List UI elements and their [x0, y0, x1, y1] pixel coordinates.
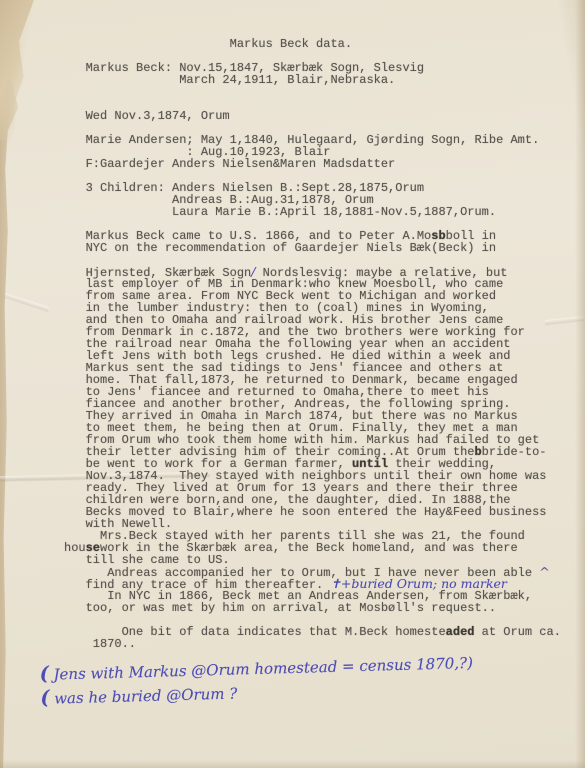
page-edge-bottom [0, 760, 585, 768]
page-corner-fold [0, 0, 34, 140]
typed-line: NYC on the recommendation of Gaardejer N… [64, 242, 584, 254]
typed-text-segment: at Orum ca. [474, 625, 560, 639]
typed-line: Wed Nov.3,1874, Orum [64, 110, 584, 122]
typed-line: 1870.. [64, 638, 584, 650]
typed-text-segment: Markus Beck data. [64, 37, 352, 51]
overstruck-text-segment: aded [446, 625, 475, 639]
typed-text-segment: March 24,1911, Blair,Nebraska. [64, 73, 395, 87]
typed-line: F:Gaardejer Anders Nielsen&Maren Madsdat… [64, 158, 584, 170]
typed-document: Markus Beck data. Markus Beck: Nov.15,18… [64, 38, 584, 650]
typed-text-segment: Wed Nov.3,1874, Orum [64, 109, 230, 123]
typed-line [64, 86, 584, 98]
handwritten-notes: ( Jens with Markus @Orum homestead = cen… [39, 649, 540, 711]
typed-text-segment: too, or was met by him on arrival, at Mo… [64, 601, 496, 615]
typed-line: till she came to US. [64, 554, 584, 566]
paper-crease-left [4, 293, 49, 312]
typed-text-segment: Laura Marie B.:April 18,1881-Nov.5,1887,… [64, 205, 496, 219]
typed-line [64, 254, 584, 266]
typed-line: Markus Beck data. [64, 38, 584, 50]
typed-line: March 24,1911, Blair,Nebraska. [64, 74, 584, 86]
typed-text-segment: F:Gaardejer Anders Nielsen&Maren Madsdat… [64, 157, 395, 171]
typed-line: Laura Marie B.:April 18,1881-Nov.5,1887,… [64, 206, 584, 218]
typed-text-segment: NYC on the recommendation of Gaardejer N… [64, 241, 496, 255]
typed-text-segment: till she came to US. [64, 553, 230, 567]
handwritten-note-text: was he buried @Orum ? [49, 684, 237, 707]
handwritten-ink-segment: ^ [539, 564, 549, 579]
typed-text-segment: 1870.. [64, 637, 136, 651]
typed-line: One bit of data indicates that M.Beck ho… [64, 626, 584, 638]
scanned-page: Markus Beck data. Markus Beck: Nov.15,18… [0, 0, 585, 768]
typed-line: too, or was met by him on arrival, at Mo… [64, 602, 584, 614]
